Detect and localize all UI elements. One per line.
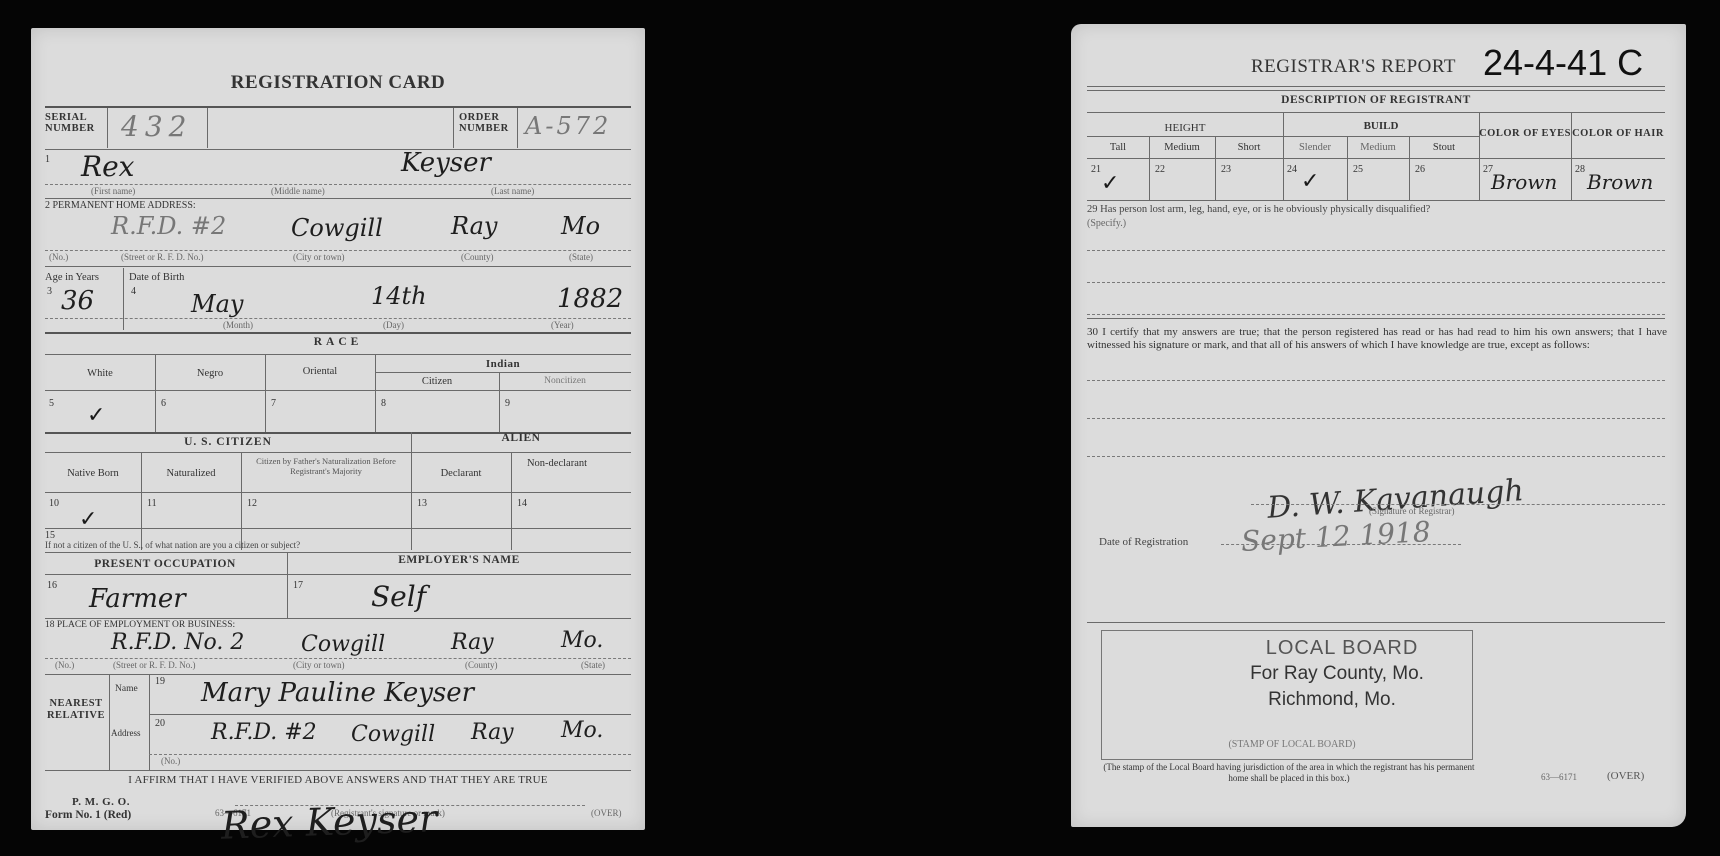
field-number: 8 [381,398,386,409]
home-address-state: Mo [561,212,600,240]
middle-name-caption: (Middle name) [271,186,325,196]
build-medium-label: Medium [1347,142,1409,153]
occupation-label: PRESENT OCCUPATION [45,558,285,570]
dob-day-value: 14th [371,282,427,310]
relative-address-label: Address [111,728,141,738]
nearest-relative-label: NEAREST RELATIVE [45,698,107,722]
occupation-value: Farmer [89,584,186,614]
height-heading: HEIGHT [1087,122,1283,134]
build-heading: BUILD [1283,120,1479,132]
naturalized-label: Naturalized [141,468,241,479]
dob-month-value: May [191,290,243,318]
field-number: 20 [155,718,165,729]
field-number: 6 [161,398,166,409]
field-number: 1 [45,154,50,165]
field-number: 4 [131,286,136,297]
stamp-line-local-board: LOCAL BOARD [1222,637,1462,660]
home-address-city: Cowgill [291,214,383,242]
form-code: 63—6171 [1541,772,1577,782]
caption-no: (No.) [161,756,180,766]
stamp-instruction-note: (The stamp of the Local Board having jur… [1099,762,1479,784]
field-number: 9 [505,398,510,409]
field-number: 5 [49,398,54,409]
relative-name-value: Mary Pauline Keyser [201,678,474,708]
caption-county: (County) [461,252,494,262]
eye-color-value: Brown [1491,170,1557,194]
affirmation-text: I AFFIRM THAT I HAVE VERIFIED ABOVE ANSW… [31,774,645,786]
first-name-value: Rex [81,150,134,183]
employment-place-label: 18 PLACE OF EMPLOYMENT OR BUSINESS: [45,620,235,630]
alien-heading: ALIEN [411,432,631,444]
field-number: 23 [1221,164,1231,175]
stamp-code: 24-4-41 C [1483,42,1643,84]
q29-disqualified-question: 29 Has person lost arm, leg, hand, eye, … [1087,204,1667,215]
field-number: 11 [147,498,157,509]
registrant-signature: Rex Keyser [220,796,437,848]
build-slender-label: Slender [1283,142,1347,153]
order-number-value: A-572 [525,112,611,140]
caption-no: (No.) [49,252,68,262]
race-indian-noncitizen-label: Noncitizen [499,376,631,386]
field-number: 14 [517,498,527,509]
caption-city: (City or town) [293,660,345,670]
hair-color-value: Brown [1587,170,1653,194]
over-label: (OVER) [591,808,622,818]
serial-number-value: 432 [121,110,192,143]
build-stout-label: Stout [1409,142,1479,153]
field-number: 12 [247,498,257,509]
employer-value: Self [371,580,426,613]
caption-year: (Year) [551,320,574,330]
q30-certification-text: 30 I certify that my answers are true; t… [1087,326,1667,352]
employment-county: Ray [451,630,494,655]
age-label: Age in Years [45,272,99,283]
race-white-label: White [45,368,155,379]
height-medium-label: Medium [1149,142,1215,153]
field-number: 3 [47,286,52,297]
height-tall-checkmark: ✓ [1101,170,1119,196]
field-number: 22 [1155,164,1165,175]
dob-year-value: 1882 [557,284,623,314]
over-label: (OVER) [1607,770,1644,782]
field-number: 7 [271,398,276,409]
race-indian-label: Indian [375,358,631,370]
caption-no: (No.) [55,660,74,670]
relative-address-street: R.F.D. #2 [211,720,317,745]
registration-card-front: REGISTRATION CARD SERIAL NUMBER 432 ORDE… [31,28,645,830]
employment-city: Cowgill [301,632,385,657]
caption-state: (State) [569,252,593,262]
last-name-caption: (Last name) [491,186,534,196]
field-number: 24 [1287,164,1297,175]
local-board-stamp-box: LOCAL BOARD For Ray County, Mo. Richmond… [1101,630,1473,760]
us-citizen-heading: U. S. CITIZEN [45,436,411,448]
native-born-label: Native Born [45,468,141,479]
relative-address-city: Cowgill [351,722,435,747]
registrars-report-title: REGISTRAR'S REPORT [1251,56,1456,78]
caption-street: (Street or R. F. D. No.) [121,252,204,262]
age-value: 36 [61,286,94,316]
registrars-report-back: REGISTRAR'S REPORT 24-4-41 C DESCRIPTION… [1071,24,1686,827]
employment-state: Mo. [561,628,603,653]
field-number: 21 [1091,164,1101,175]
employer-label: EMPLOYER'S NAME [287,554,631,566]
build-slender-checkmark: ✓ [1301,168,1319,194]
registrar-signature-caption: (Signature of Registrar) [1369,506,1454,516]
field-number: 25 [1353,164,1363,175]
relative-address-state: Mo. [561,718,603,743]
race-white-checkmark: ✓ [87,402,105,428]
hair-color-heading: COLOR OF HAIR [1571,128,1665,140]
race-heading: RACE [31,336,645,348]
form-number-label: Form No. 1 (Red) [45,809,131,821]
q29-specify: (Specify.) [1087,218,1126,229]
last-name-value: Keyser [401,148,491,178]
race-indian-citizen-label: Citizen [375,376,499,387]
home-address-label: 2 PERMANENT HOME ADDRESS: [45,200,196,211]
height-tall-label: Tall [1087,142,1149,153]
home-address-street: R.F.D. #2 [111,212,226,240]
field-number: 19 [155,676,165,687]
stamp-caption: (STAMP OF LOCAL BOARD) [1162,739,1422,750]
dob-label: Date of Birth [129,272,184,283]
serial-number-label: SERIAL NUMBER [45,112,105,134]
race-oriental-label: Oriental [265,366,375,377]
pmgo-label: P. M. G. O. [51,796,151,808]
field-number: 28 [1575,164,1585,175]
caption-county: (County) [465,660,498,670]
relative-address-county: Ray [471,720,514,745]
caption-day: (Day) [383,320,404,330]
home-address-county: Ray [451,212,498,240]
citizen-by-father-label: Citizen by Father's Naturalization Befor… [245,456,407,476]
non-declarant-label: Non-declarant [517,458,597,470]
stamp-line-county: For Ray County, Mo. [1202,663,1472,685]
caption-month: (Month) [223,320,253,330]
height-short-label: Short [1215,142,1283,153]
date-of-registration-label: Date of Registration [1099,536,1188,548]
q15-nationality-question: If not a citizen of the U. S., of what n… [45,540,300,550]
description-heading: DESCRIPTION OF REGISTRANT [1087,94,1665,106]
stamp-line-city: Richmond, Mo. [1202,689,1462,711]
caption-city: (City or town) [293,252,345,262]
field-number: 10 [49,498,59,509]
field-number: 16 [47,580,57,591]
race-negro-label: Negro [155,368,265,379]
declarant-label: Declarant [411,468,511,479]
eye-color-heading: COLOR OF EYES [1479,128,1571,140]
first-name-caption: (First name) [91,186,135,196]
card-title: REGISTRATION CARD [31,72,645,94]
order-number-label: ORDER NUMBER [459,112,515,134]
field-number: 13 [417,498,427,509]
caption-state: (State) [581,660,605,670]
employment-street: R.F.D. No. 2 [111,630,244,655]
field-number: 26 [1415,164,1425,175]
caption-street: (Street or R. F. D. No.) [113,660,196,670]
relative-name-label: Name [115,684,138,694]
field-number: 17 [293,580,303,591]
